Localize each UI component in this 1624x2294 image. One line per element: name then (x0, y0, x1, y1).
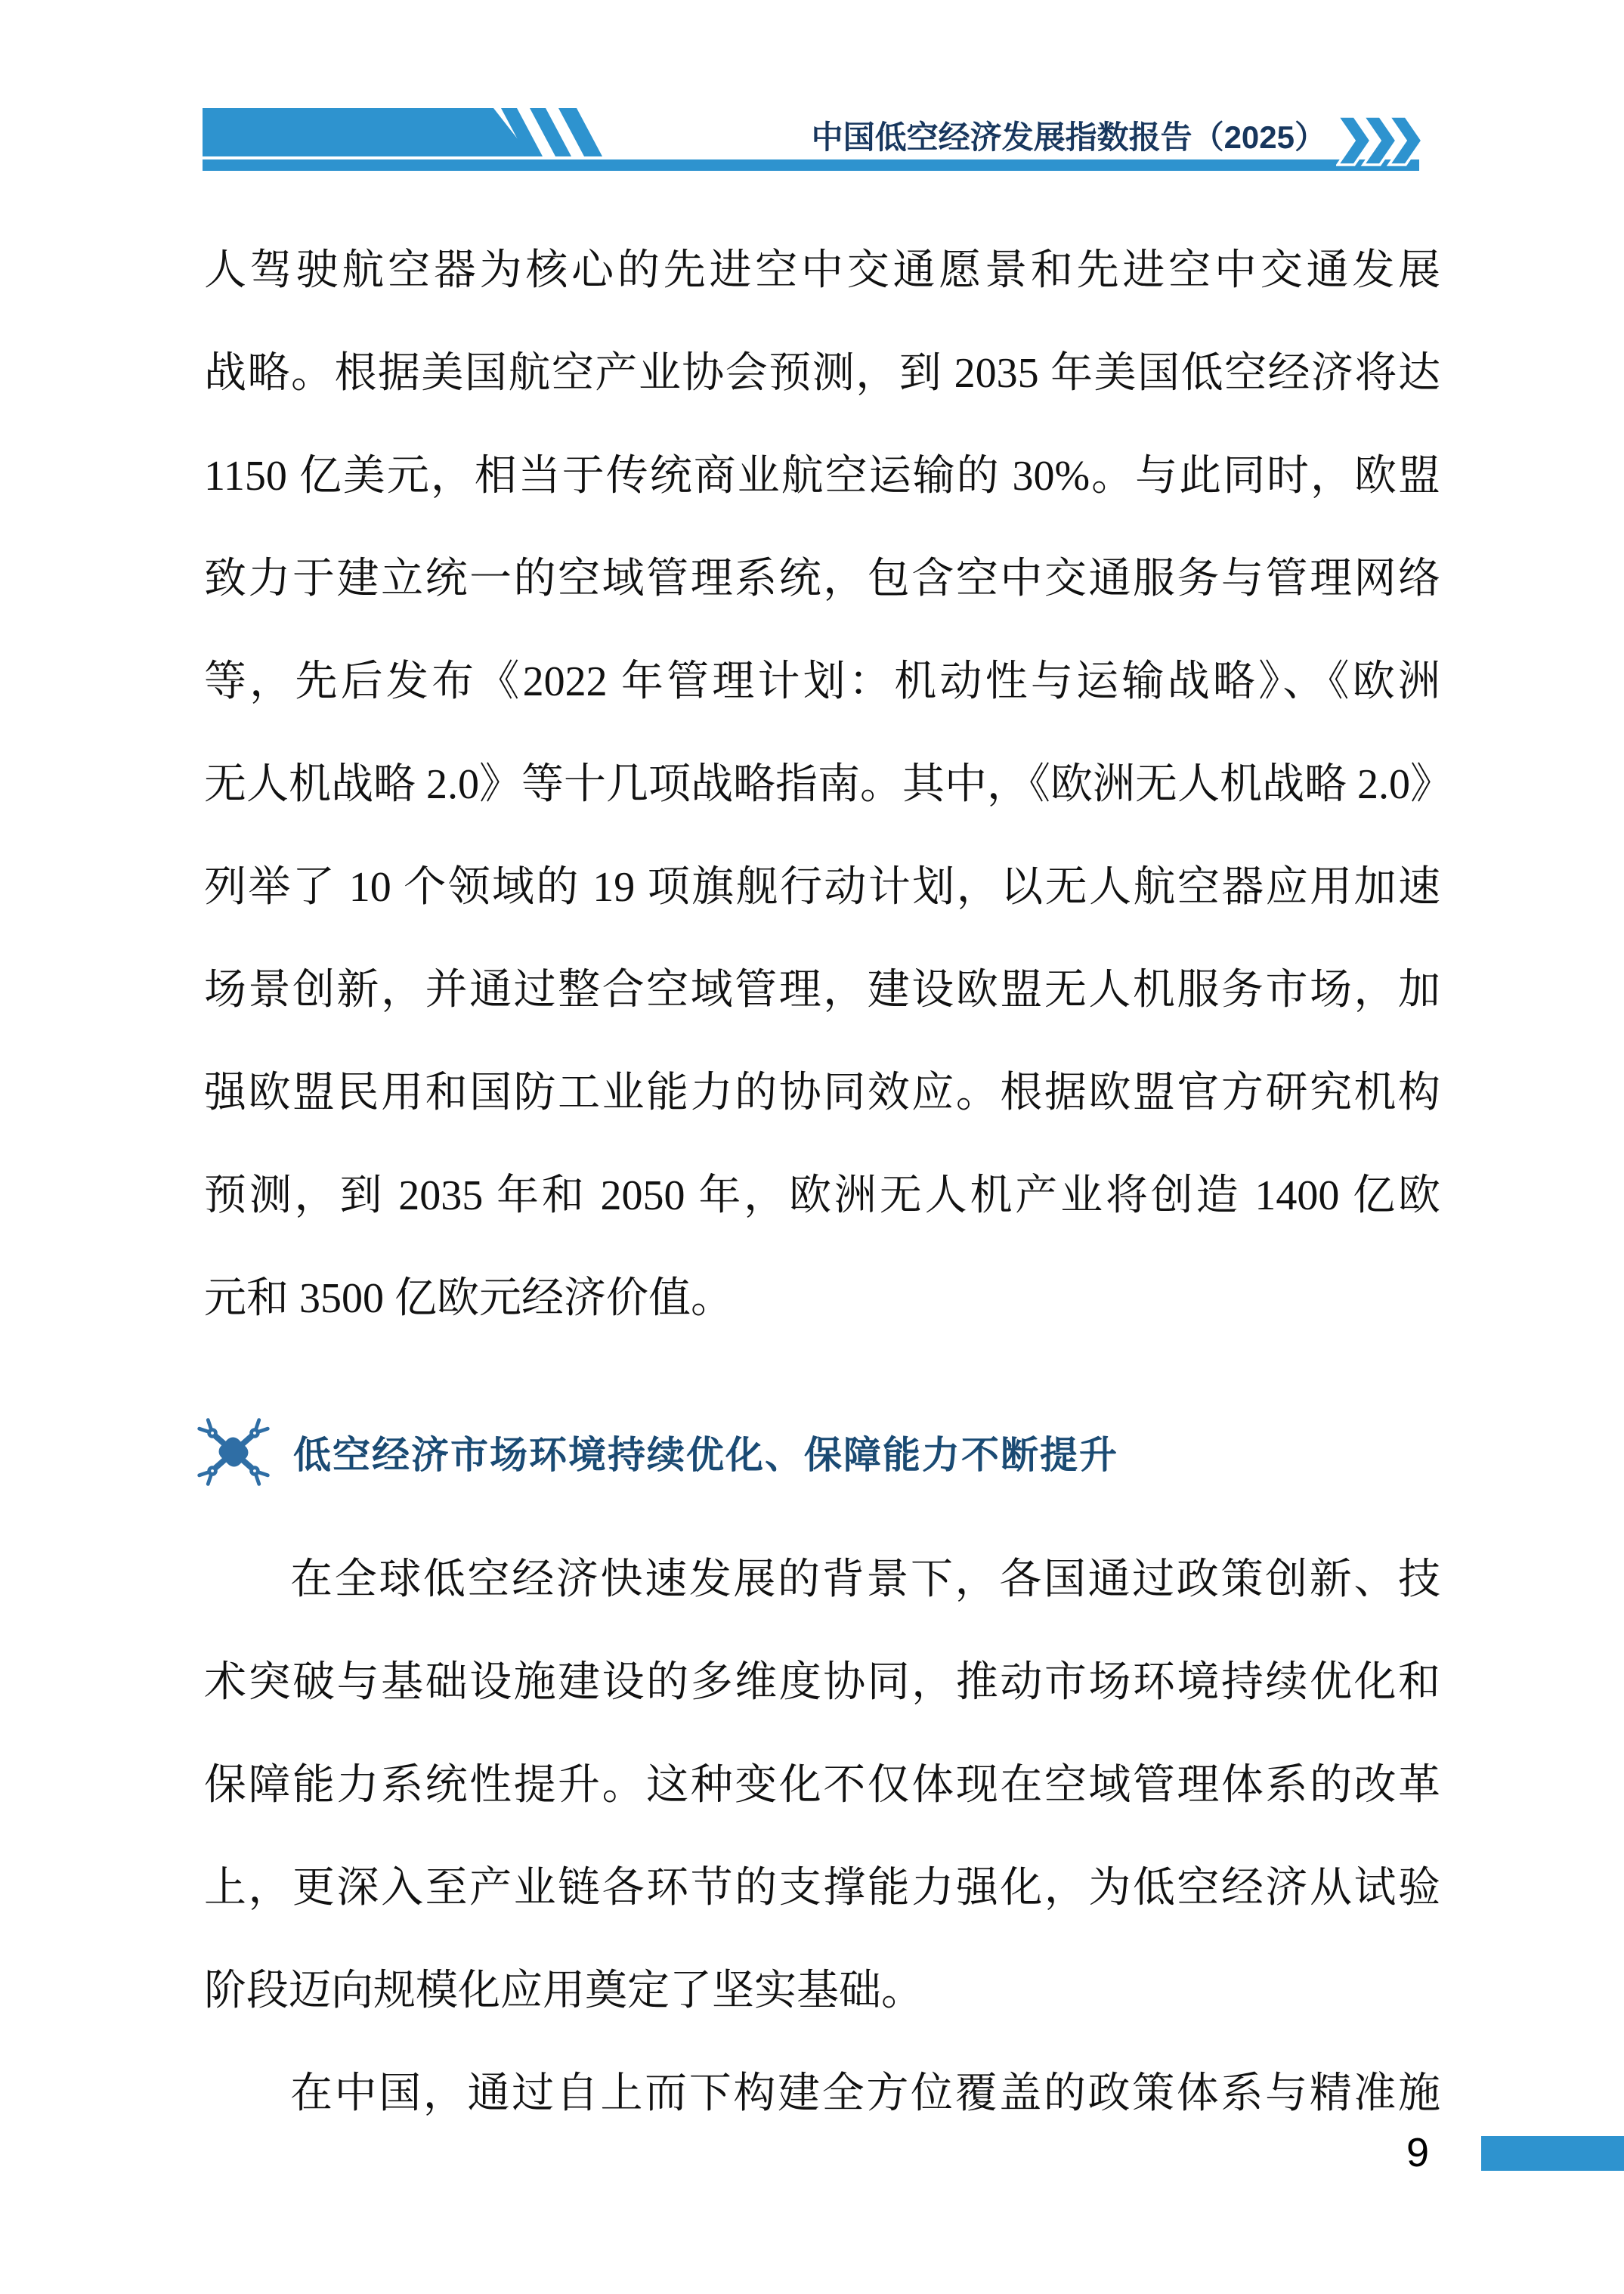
text-line: 元和 3500 亿欧元经济价值。 (204, 1247, 1440, 1350)
text-line: 列举了 10 个领域的 19 项旗舰行动计划，以无人航空器应用加速 (204, 836, 1440, 939)
text-line: 战略。根据美国航空产业协会预测，到 2035 年美国低空经济将达 (204, 322, 1440, 425)
paragraph-market-environment: 在全球低空经济快速发展的背景下，各国通过政策创新、技 术突破与基础设施建设的多维… (204, 1528, 1440, 2145)
text-line: 无人机战略 2.0》等十几项战略指南。其中，《欧洲无人机战略 2.0》 (204, 733, 1440, 836)
section-heading-title: 低空经济市场环境持续优化、保障能力不断提升 (293, 1425, 1118, 1479)
footer-accent-bar (1481, 2136, 1624, 2171)
header-left-block (203, 108, 531, 156)
header-rule-bar (203, 159, 1419, 171)
drone-icon (193, 1415, 274, 1489)
text-line: 预测，到 2035 年和 2050 年，欧洲无人机产业将创造 1400 亿欧 (204, 1144, 1440, 1247)
page-number: 9 (1387, 2128, 1448, 2177)
text-line: 致力于建立统一的空域管理系统，包含空中交通服务与管理网络 (204, 528, 1440, 630)
text-line: 在中国，通过自上而下构建全方位覆盖的政策体系与精准施 (204, 2042, 1440, 2145)
paragraph-global-overview: 人驾驶航空器为核心的先进空中交通愿景和先进空中交通发展 战略。根据美国航空产业协… (204, 219, 1440, 1350)
text-line: 强欧盟民用和国防工业能力的协同效应。根据欧盟官方研究机构 (204, 1042, 1440, 1144)
text-line: 人驾驶航空器为核心的先进空中交通愿景和先进空中交通发展 (204, 219, 1440, 322)
text-line: 在全球低空经济快速发展的背景下，各国通过政策创新、技 (204, 1528, 1440, 1631)
report-title: 中国低空经济发展指数报告（2025） (812, 116, 1326, 159)
section-heading-block: 低空经济市场环境持续优化、保障能力不断提升 (193, 1412, 1118, 1492)
text-line: 上，更深入至产业链各环节的支撑能力强化，为低空经济从试验 (204, 1837, 1440, 1940)
text-line: 术突破与基础设施建设的多维度协同，推动市场环境持续优化和 (204, 1631, 1440, 1734)
report-page: 中国低空经济发展指数报告（2025） 人驾驶航空器为核心的先进空中交通愿景和先进… (0, 0, 1624, 2294)
text-line: 场景创新，并通过整合空域管理，建设欧盟无人机服务市场，加 (204, 939, 1440, 1042)
chevrons-right-icon (1336, 115, 1424, 166)
text-line: 阶段迈向规模化应用奠定了坚实基础。 (204, 1940, 1440, 2042)
text-line: 1150 亿美元，相当于传统商业航空运输的 30%。与此同时，欧盟 (204, 425, 1440, 528)
text-line: 等，先后发布《2022 年管理计划：机动性与运输战略》、《欧洲 (204, 630, 1440, 733)
text-line: 保障能力系统性提升。这种变化不仅体现在空域管理体系的改革 (204, 1734, 1440, 1837)
